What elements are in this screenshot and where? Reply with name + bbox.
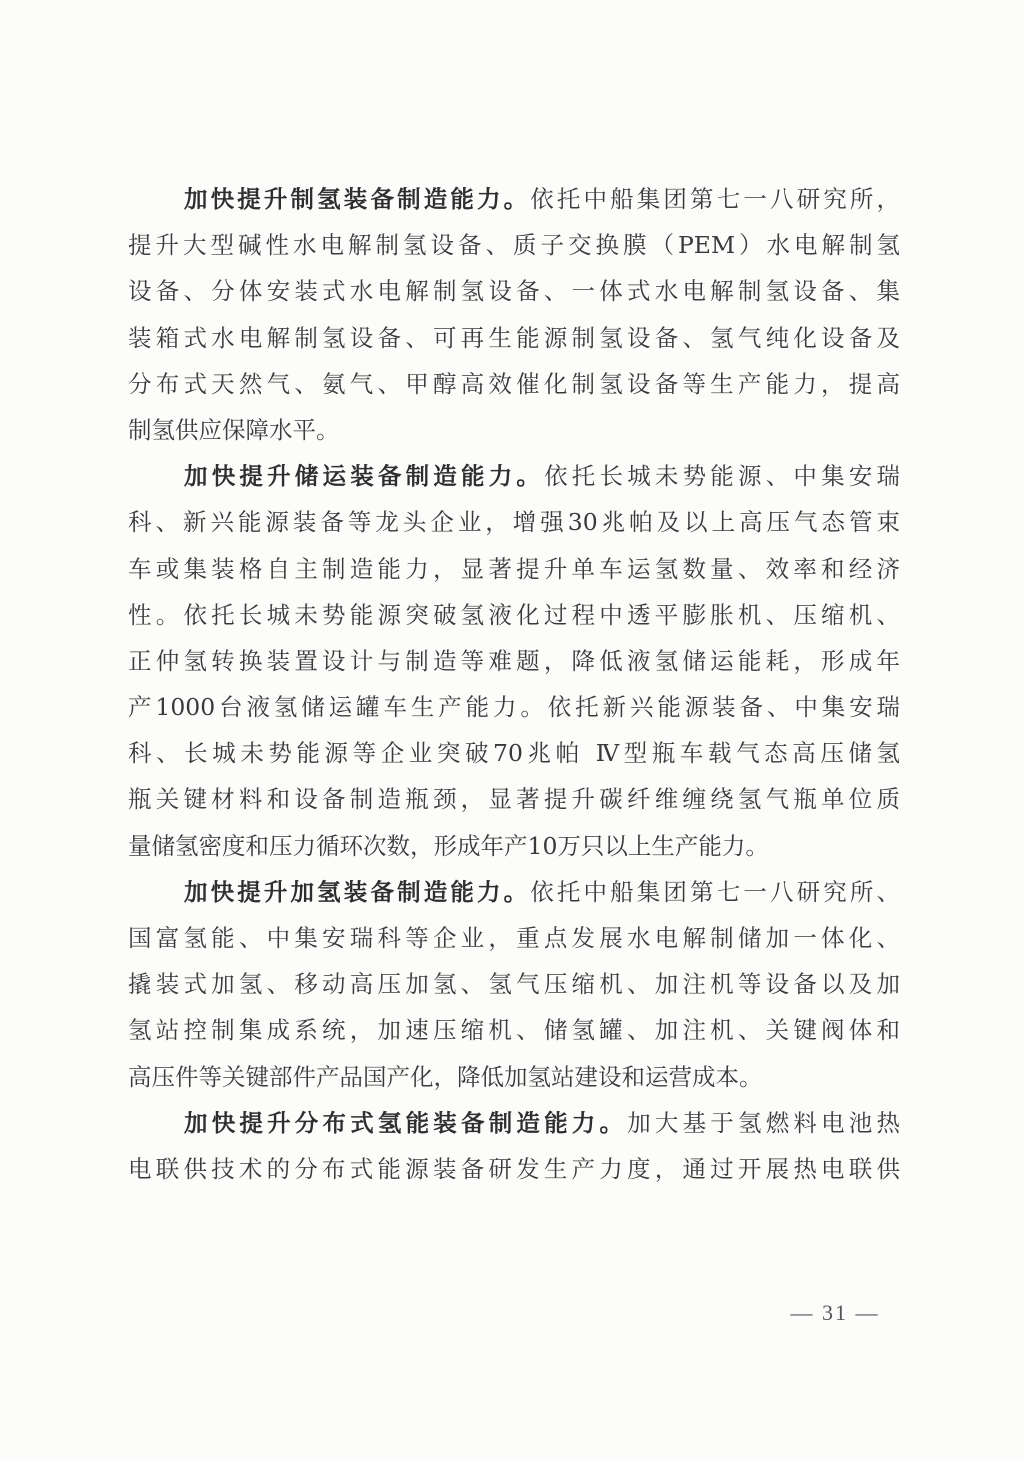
paragraph-2-line-9: 量储氢密度和压力循环次数，形成年产10万只以上生产能力。 [128,823,900,869]
paragraph-2-line-4: 性。依托长城未势能源突破氢液化过程中透平膨胀机、压缩机、 [128,592,900,638]
document-page: 加快提升制氢装备制造能力。依托中船集团第七一八研究所， 提升大型碱性水电解制氢设… [0,0,1024,1461]
paragraph-3-line-3: 撬装式加氢、移动高压加氢、氢气压缩机、加注机等设备以及加 [128,961,900,1007]
paragraph-2-text: 依托长城未势能源、中集安瑞 [544,462,900,490]
page-number: — 31 — [780,1300,890,1326]
paragraph-1-line-6: 制氢供应保障水平。 [128,407,900,453]
paragraph-3-line-5: 高压件等关键部件产品国产化，降低加氢站建设和运营成本。 [128,1054,900,1100]
paragraph-3-line-1: 加快提升加氢装备制造能力。依托中船集团第七一八研究所、 [128,869,900,915]
paragraph-1-text: 依托中船集团第七一八研究所， [530,185,900,213]
paragraph-1-heading: 加快提升制氢装备制造能力。 [184,185,530,213]
paragraph-4-heading: 加快提升分布式氢能装备制造能力。 [184,1109,627,1137]
paragraph-3-line-2: 国富氢能、中集安瑞科等企业，重点发展水电解制储加一体化、 [128,915,900,961]
paragraph-4-line-2: 电联供技术的分布式能源装备研发生产力度，通过开展热电联供 [128,1146,900,1192]
paragraph-2-line-8: 瓶关键材料和设备制造瓶颈，显著提升碳纤维缠绕氢气瓶单位质 [128,776,900,822]
paragraph-2-line-5: 正仲氢转换装置设计与制造等难题，降低液氢储运能耗，形成年 [128,638,900,684]
paragraph-2-line-3: 车或集装格自主制造能力，显著提升单车运氢数量、效率和经济 [128,546,900,592]
paragraph-3-text: 依托中船集团第七一八研究所、 [530,878,900,906]
paragraph-2-line-7: 科、长城未势能源等企业突破70兆帕 Ⅳ型瓶车载气态高压储氢 [128,730,900,776]
paragraph-4-text: 加大基于氢燃料电池热 [627,1109,900,1137]
document-body: 加快提升制氢装备制造能力。依托中船集团第七一八研究所， 提升大型碱性水电解制氢设… [128,176,900,1192]
paragraph-2-line-1: 加快提升储运装备制造能力。依托长城未势能源、中集安瑞 [128,453,900,499]
paragraph-1-line-5: 分布式天然气、氨气、甲醇高效催化制氢设备等生产能力，提高 [128,361,900,407]
paragraph-3-heading: 加快提升加氢装备制造能力。 [184,878,530,906]
paragraph-4-line-1: 加快提升分布式氢能装备制造能力。加大基于氢燃料电池热 [128,1100,900,1146]
paragraph-2-heading: 加快提升储运装备制造能力。 [184,462,544,490]
paragraph-1-line-3: 设备、分体安装式水电解制氢设备、一体式水电解制氢设备、集 [128,268,900,314]
paragraph-1-line-2: 提升大型碱性水电解制氢设备、质子交换膜（PEM）水电解制氢 [128,222,900,268]
paragraph-1-line-4: 装箱式水电解制氢设备、可再生能源制氢设备、氢气纯化设备及 [128,315,900,361]
paragraph-2-line-6: 产1000台液氢储运罐车生产能力。依托新兴能源装备、中集安瑞 [128,684,900,730]
paragraph-3-line-4: 氢站控制集成系统，加速压缩机、储氢罐、加注机、关键阀体和 [128,1007,900,1053]
paragraph-2-line-2: 科、新兴能源装备等龙头企业，增强30兆帕及以上高压气态管束 [128,499,900,545]
paragraph-1-line-1: 加快提升制氢装备制造能力。依托中船集团第七一八研究所， [128,176,900,222]
